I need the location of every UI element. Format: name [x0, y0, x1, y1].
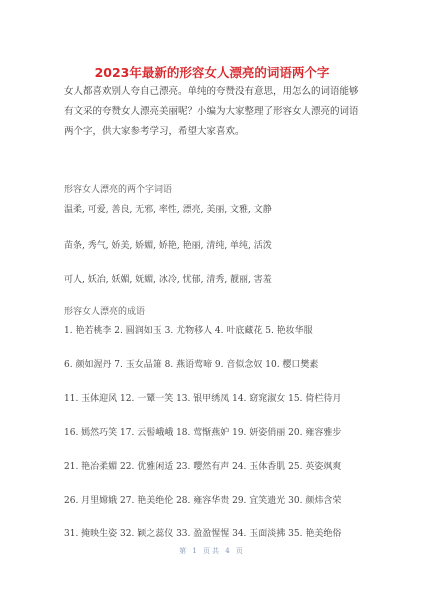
idiom-list-line: 11. 玉体迎风 12. 一颦一笑 13. 银甲绣凤 14. 窈窕淑女 15. … — [64, 391, 341, 404]
section-heading-idioms: 形容女人漂亮的成语 — [64, 304, 145, 317]
idiom-list-line: 31. 掩映生姿 32. 颖之蕊仪 33. 盈盈惺惺 34. 玉面淡拂 35. … — [64, 526, 341, 539]
intro-paragraph: 女人都喜欢别人夸自己漂亮。单纯的夸赞没有意思，用怎么的词语能够有文采的夸赞女人漂… — [64, 82, 364, 142]
word-list-line: 苗条, 秀气, 娇美, 娇媚, 娇艳, 艳丽, 清纯, 单纯, 活泼 — [64, 238, 272, 251]
section-heading-two-char-words: 形容女人漂亮的两个字词语 — [64, 182, 172, 195]
document-title: 2023年最新的形容女人漂亮的词语两个字 — [0, 63, 424, 81]
word-list-line: 温柔, 可爱, 善良, 无邪, 率性, 漂亮, 美丽, 文雅, 文静 — [64, 202, 272, 215]
word-list-line: 可人, 妖冶, 妖媚, 妩媚, 冰冷, 忧郁, 清秀, 靓丽, 害羞 — [64, 272, 272, 285]
idiom-list-line: 6. 颜如渥丹 7. 玉女品箫 8. 燕语莺啼 9. 音似念奴 10. 樱口樊素 — [64, 357, 318, 370]
idiom-list-line: 16. 嫣然巧笑 17. 云髻峨峨 18. 莺惭燕妒 19. 妍姿俏丽 20. … — [64, 425, 341, 438]
idiom-list-line: 21. 艳冶柔媚 22. 优雅闲适 23. 嘤然有声 24. 玉体香肌 25. … — [64, 459, 341, 472]
idiom-list-line: 26. 月里嫦娥 27. 艳美绝伦 28. 雍容华贵 29. 宜笑遗光 30. … — [64, 493, 341, 506]
page-number-footer: 第 1 页共 4 页 — [0, 546, 424, 556]
idiom-list-line: 1. 艳若桃李 2. 圆润如玉 3. 尤物移人 4. 叶底藏花 5. 艳妆华服 — [64, 323, 313, 336]
